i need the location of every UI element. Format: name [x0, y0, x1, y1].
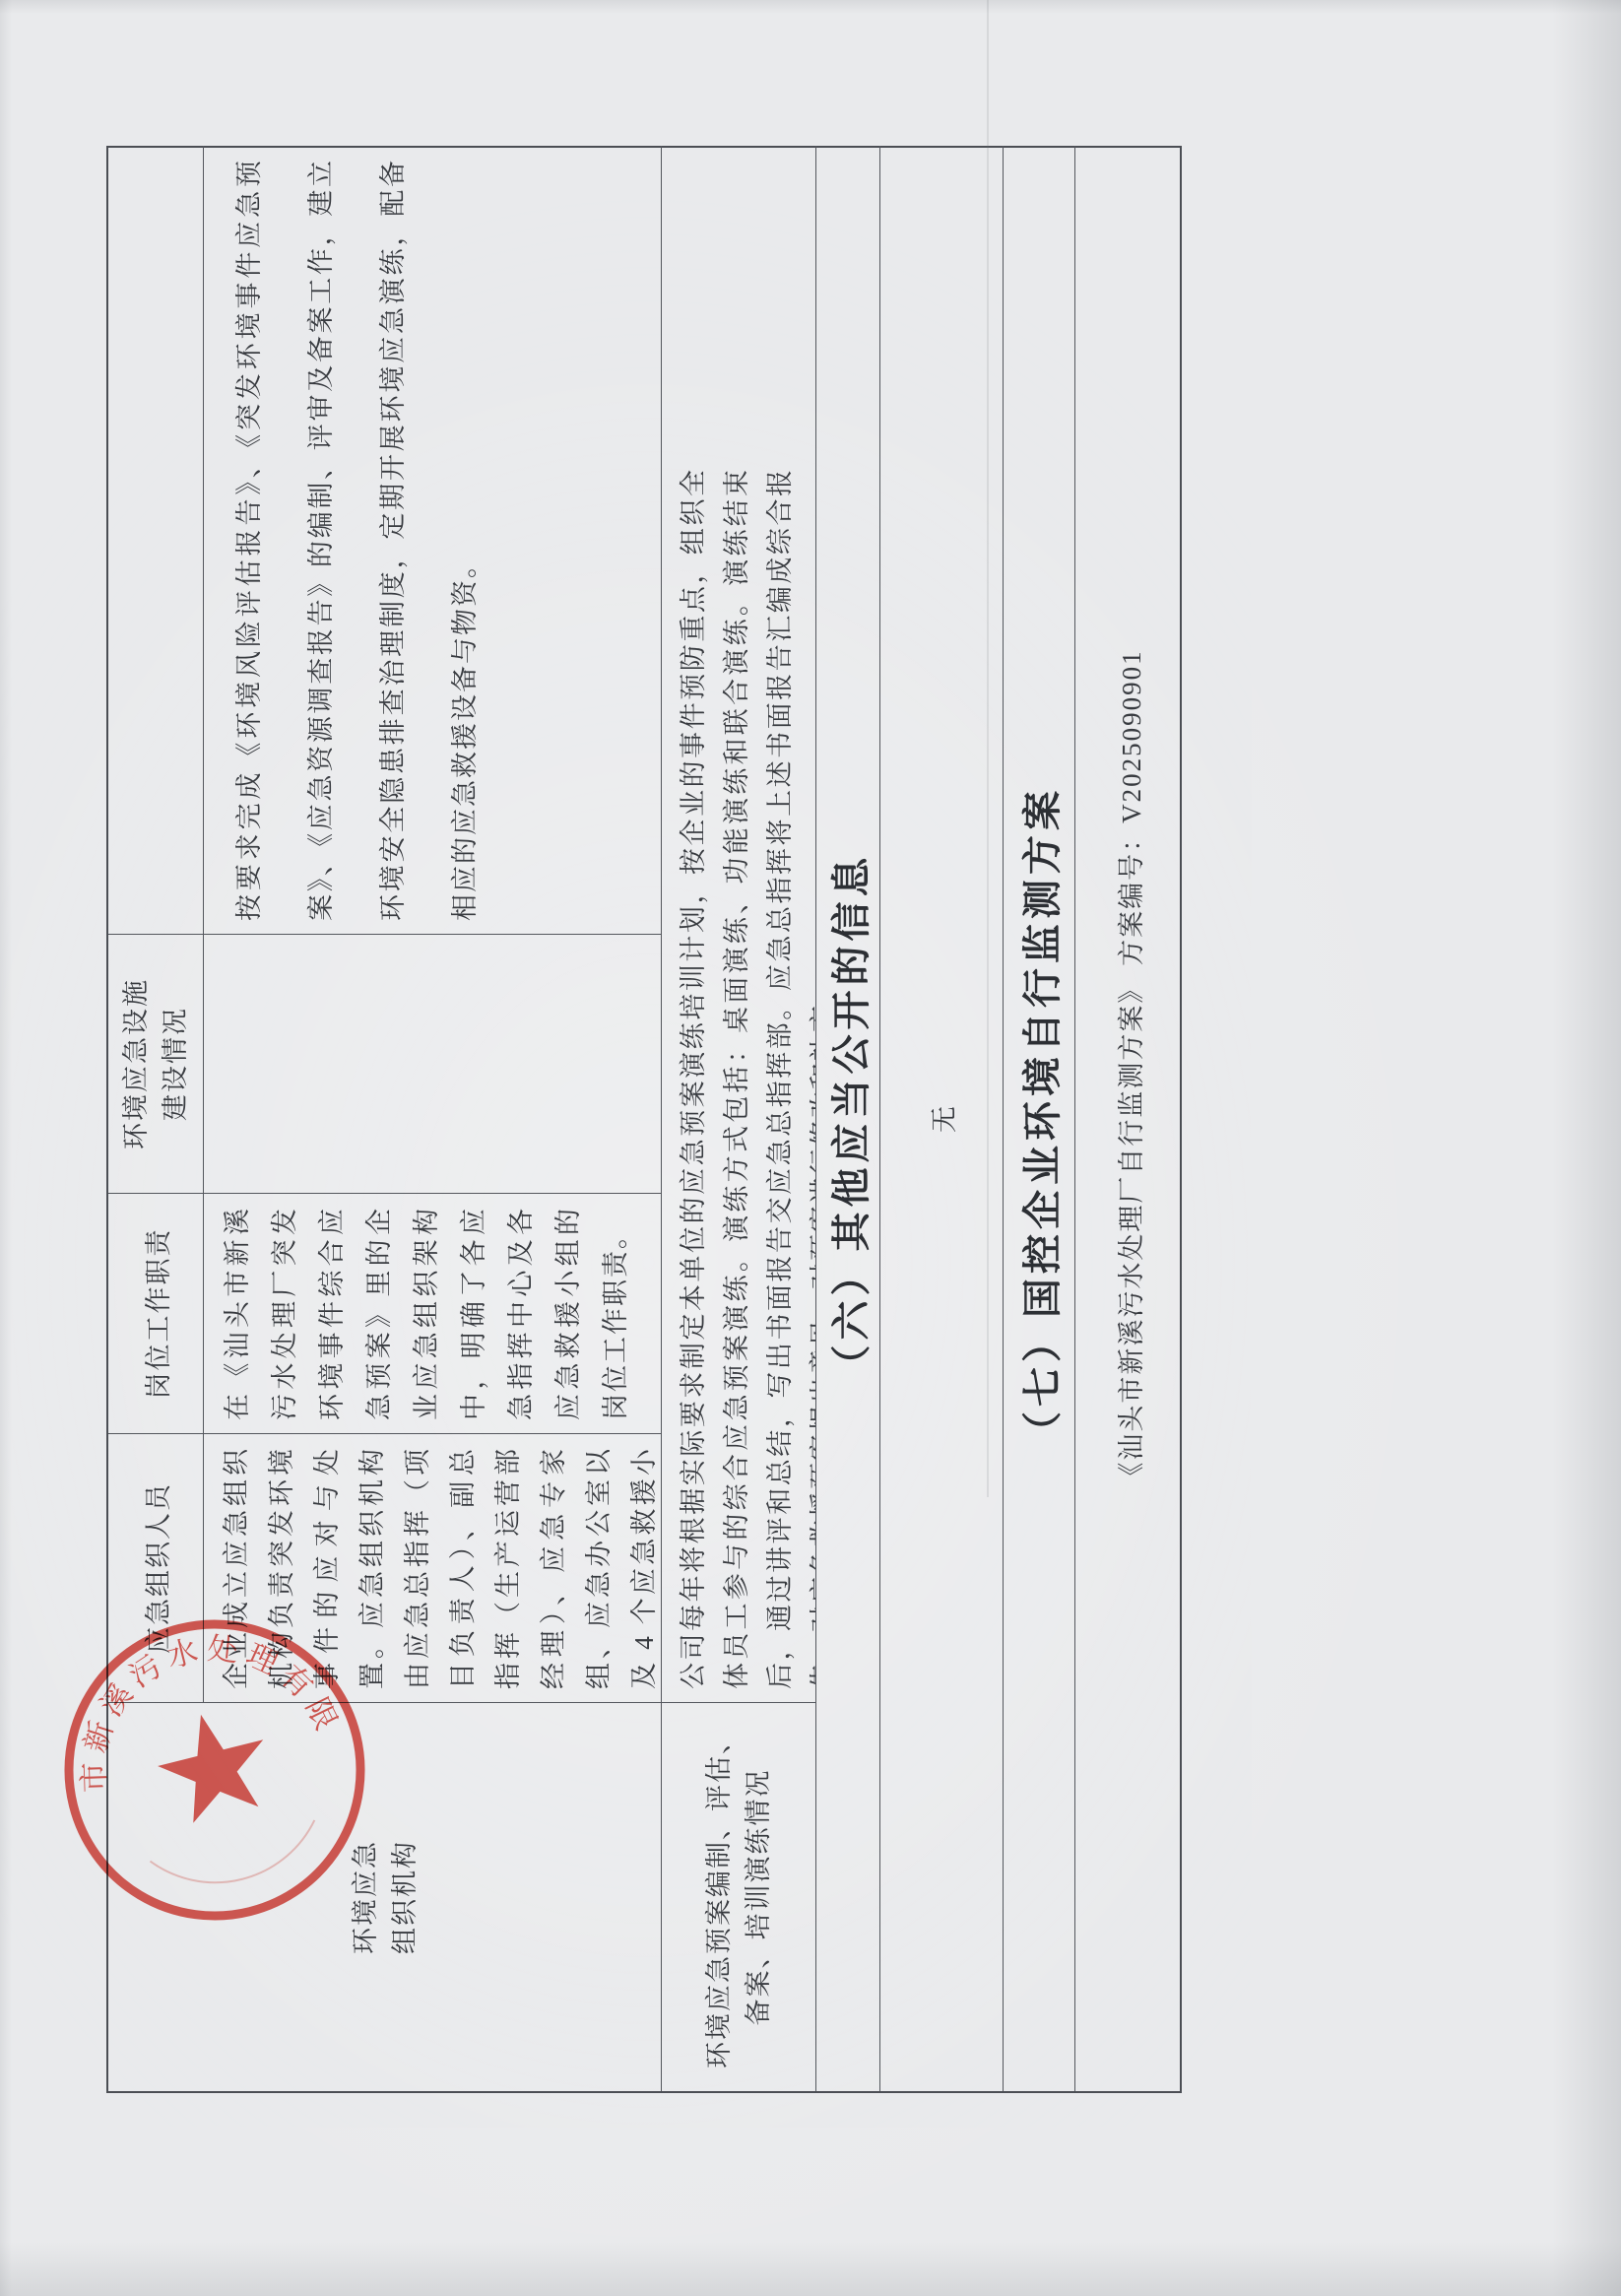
- label-plan-line1: 环境应急预案编制、评估、: [699, 1726, 739, 2068]
- cell-drill-content: 公司每年将根据实际要求制定本单位的应急预案演练培训计划，按企业的事件预防重点，组…: [662, 146, 816, 1702]
- cell-facility-content: 按要求完成《环境风险评估报告》、《突发环境事件应急预案》、《应急资源调查报告》的…: [204, 146, 662, 934]
- label-plan-compilation: 环境应急预案编制、评估、 备案、培训演练情况: [662, 1702, 816, 2091]
- header-facility-construction: 环境应急设施 建设情况: [108, 934, 204, 1193]
- cell-post-content: 在《汕头市新溪污水处理厂突发环境事件综合应急预案》里的企业应急组织架构中，明确了…: [204, 1193, 662, 1433]
- section-seven-value: 《汕头市新溪污水处理厂自行监测方案》 方案编号：V2025090901: [1075, 146, 1182, 2091]
- section-seven-title: （七）国控企业环境自行监测方案: [1004, 146, 1075, 2091]
- scanned-page: 环境应急 组织机构 环境应急预案编制、评估、 备案、培训演练情况 应急组织人员 …: [0, 0, 1621, 2296]
- section-six-title: （六）其他应当公开的信息: [816, 146, 880, 2091]
- drill-text: 公司每年将根据实际要求制定本单位的应急预案演练培训计划，按企业的事件预防重点，组…: [672, 468, 816, 1689]
- seal-graphic: 汕头市新溪污水处理有限公司: [59, 1614, 370, 1926]
- cell-empty-content: [204, 934, 662, 1193]
- label-org-line2: 组织机构: [385, 1840, 424, 1954]
- header-empty-cell: [108, 146, 204, 934]
- header-post-duty: 岗位工作职责: [108, 1193, 204, 1433]
- header-facility-line1: 环境应急设施: [116, 978, 156, 1149]
- label-plan-line2: 备案、培训演练情况: [739, 1769, 778, 2026]
- header-post-text: 岗位工作职责: [137, 1228, 175, 1400]
- star-icon: [148, 1701, 278, 1827]
- section-six-value: 无: [880, 146, 1004, 2091]
- header-facility-line2: 建设情况: [156, 1007, 195, 1121]
- rotated-document: 环境应急 组织机构 环境应急预案编制、评估、 备案、培训演练情况 应急组织人员 …: [0, 0, 1621, 2296]
- company-seal: 汕头市新溪污水处理有限公司: [59, 1614, 370, 1926]
